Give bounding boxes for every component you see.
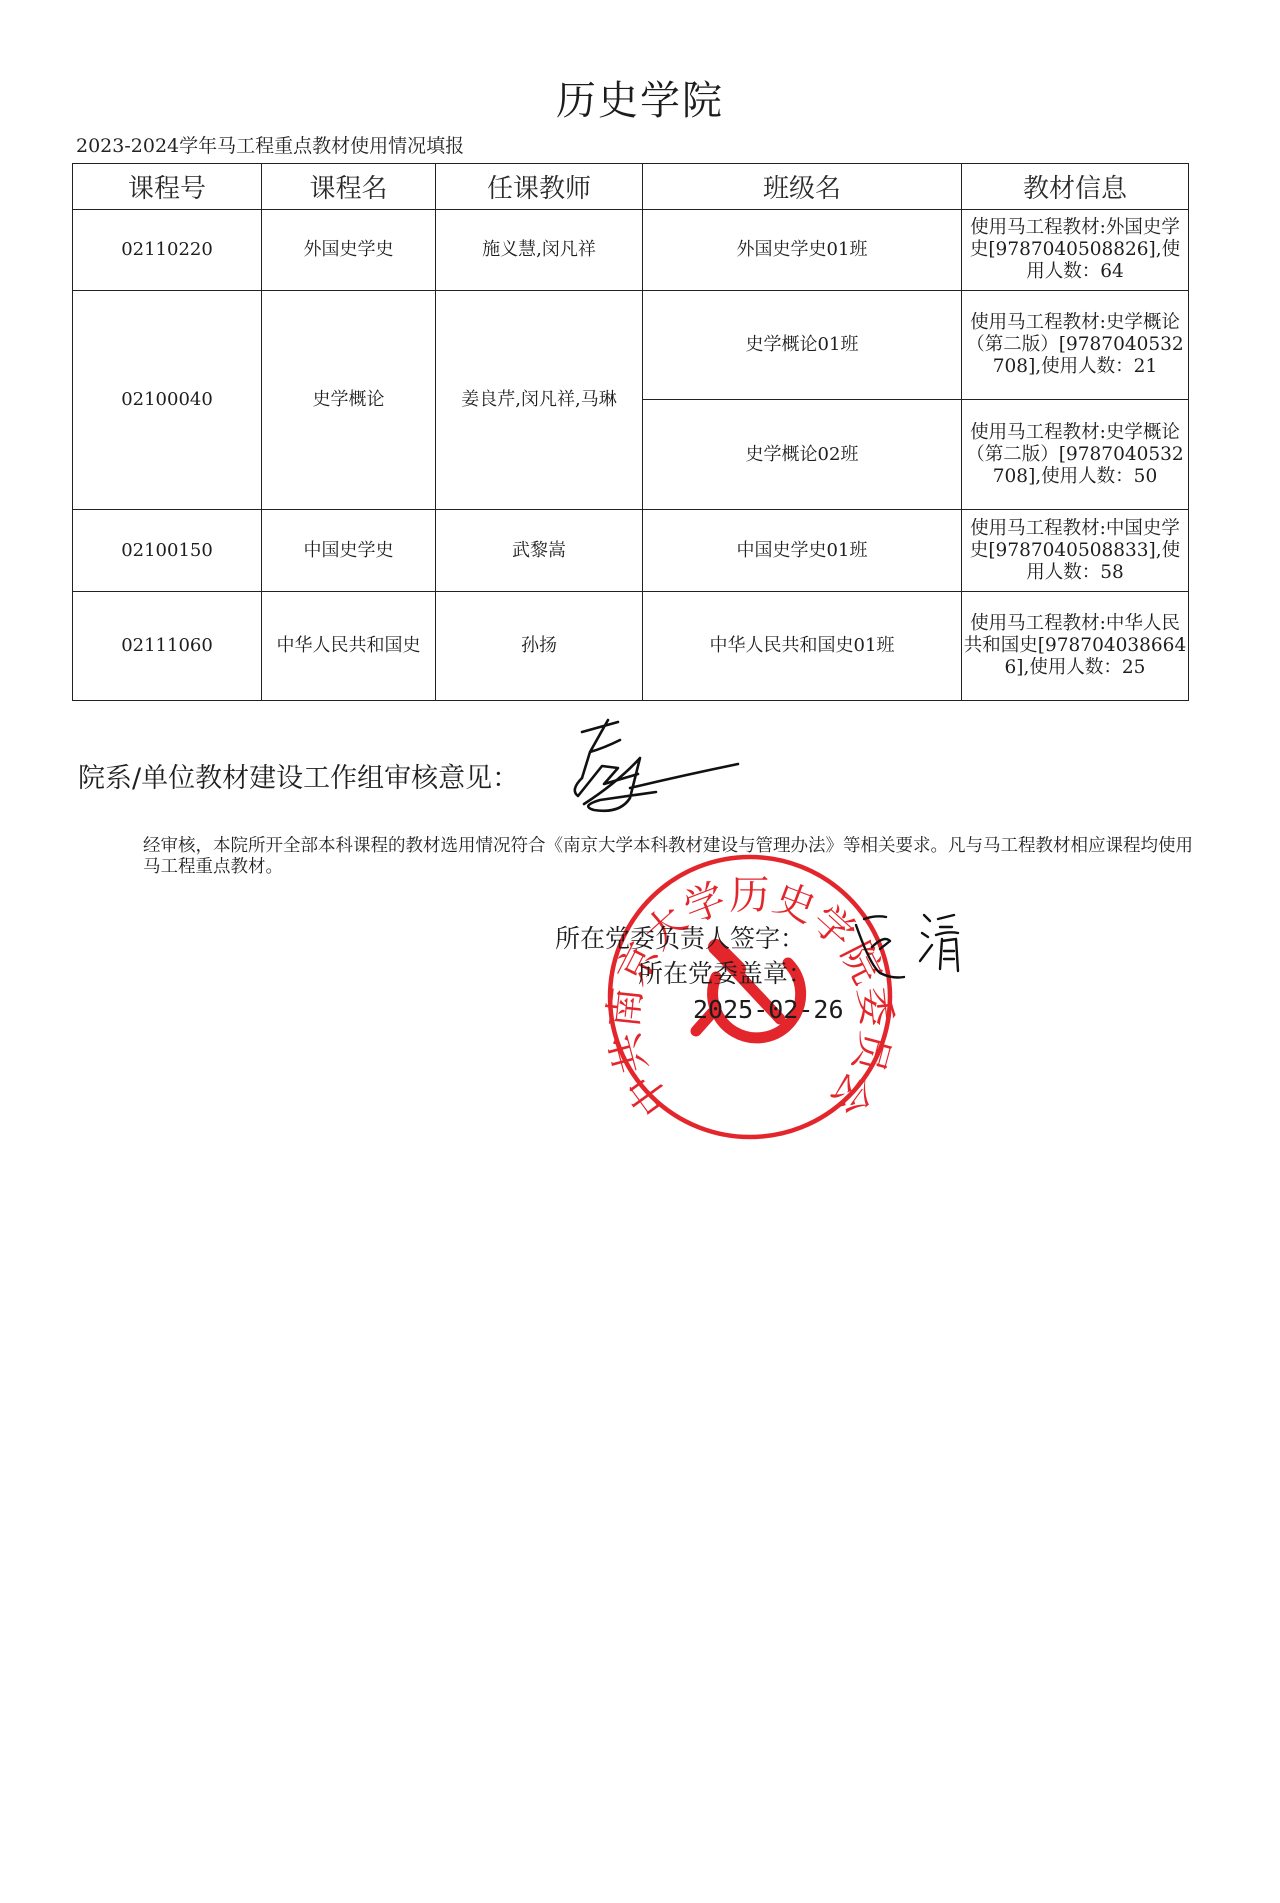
class-name-cell: 中国史学史01班	[643, 510, 962, 592]
review-opinion-label: 院系/单位教材建设工作组审核意见：	[78, 764, 519, 794]
class-name-cell: 中华人民共和国史01班	[643, 592, 962, 701]
table-row: 02110220 外国史学史 施义慧,闵凡祥 外国史学史01班 使用马工程教材:…	[73, 210, 1189, 291]
course-name-cell: 外国史学史	[262, 210, 436, 291]
textbook-usage-table: 课程号 课程名 任课教师 班级名 教材信息 02110220 外国史学史 施义慧…	[72, 163, 1189, 701]
class-name-cell: 史学概论01班	[643, 291, 962, 400]
teachers-cell: 姜良芹,闵凡祥,马琳	[436, 291, 643, 510]
party-seal-label: 所在党委盖章：	[638, 960, 813, 988]
course-name-cell: 史学概论	[262, 291, 436, 510]
table-row: 02100040 史学概论 姜良芹,闵凡祥,马琳 史学概论01班 使用马工程教材…	[73, 291, 1189, 400]
textbook-info-cell: 使用马工程教材:史学概论（第二版）[9787040532708],使用人数：21	[962, 291, 1189, 400]
page-title: 历史学院	[0, 78, 1280, 124]
report-subtitle: 2023-2024学年马工程重点教材使用情况填报	[76, 134, 464, 158]
textbook-info-cell: 使用马工程教材:中华人民共和国史[9787040386646],使用人数：25	[962, 592, 1189, 701]
course-id-cell: 02111060	[73, 592, 262, 701]
table-row: 02111060 中华人民共和国史 孙扬 中华人民共和国史01班 使用马工程教材…	[73, 592, 1189, 701]
party-signature-label: 所在党委负责人签字：	[555, 925, 805, 953]
course-id-cell: 02110220	[73, 210, 262, 291]
party-signature-icon	[850, 905, 970, 995]
header-class-name: 班级名	[643, 164, 962, 210]
reviewer-signature-icon	[560, 718, 750, 828]
header-textbook-info: 教材信息	[962, 164, 1189, 210]
table-row: 02100150 中国史学史 武黎嵩 中国史学史01班 使用马工程教材:中国史学…	[73, 510, 1189, 592]
header-course-id: 课程号	[73, 164, 262, 210]
course-name-cell: 中国史学史	[262, 510, 436, 592]
class-name-cell: 史学概论02班	[643, 400, 962, 510]
textbook-info-cell: 使用马工程教材:外国史学史[9787040508826],使用人数：64	[962, 210, 1189, 291]
course-id-cell: 02100040	[73, 291, 262, 510]
teachers-cell: 孙扬	[436, 592, 643, 701]
sign-date: 2025-02-26	[693, 996, 844, 1024]
header-course-name: 课程名	[262, 164, 436, 210]
textbook-info-cell: 使用马工程教材:中国史学史[9787040508833],使用人数：58	[962, 510, 1189, 592]
teachers-cell: 武黎嵩	[436, 510, 643, 592]
teachers-cell: 施义慧,闵凡祥	[436, 210, 643, 291]
course-id-cell: 02100150	[73, 510, 262, 592]
textbook-info-cell: 使用马工程教材:史学概论（第二版）[9787040532708],使用人数：50	[962, 400, 1189, 510]
class-name-cell: 外国史学史01班	[643, 210, 962, 291]
header-teachers: 任课教师	[436, 164, 643, 210]
course-name-cell: 中华人民共和国史	[262, 592, 436, 701]
table-header-row: 课程号 课程名 任课教师 班级名 教材信息	[73, 164, 1189, 210]
